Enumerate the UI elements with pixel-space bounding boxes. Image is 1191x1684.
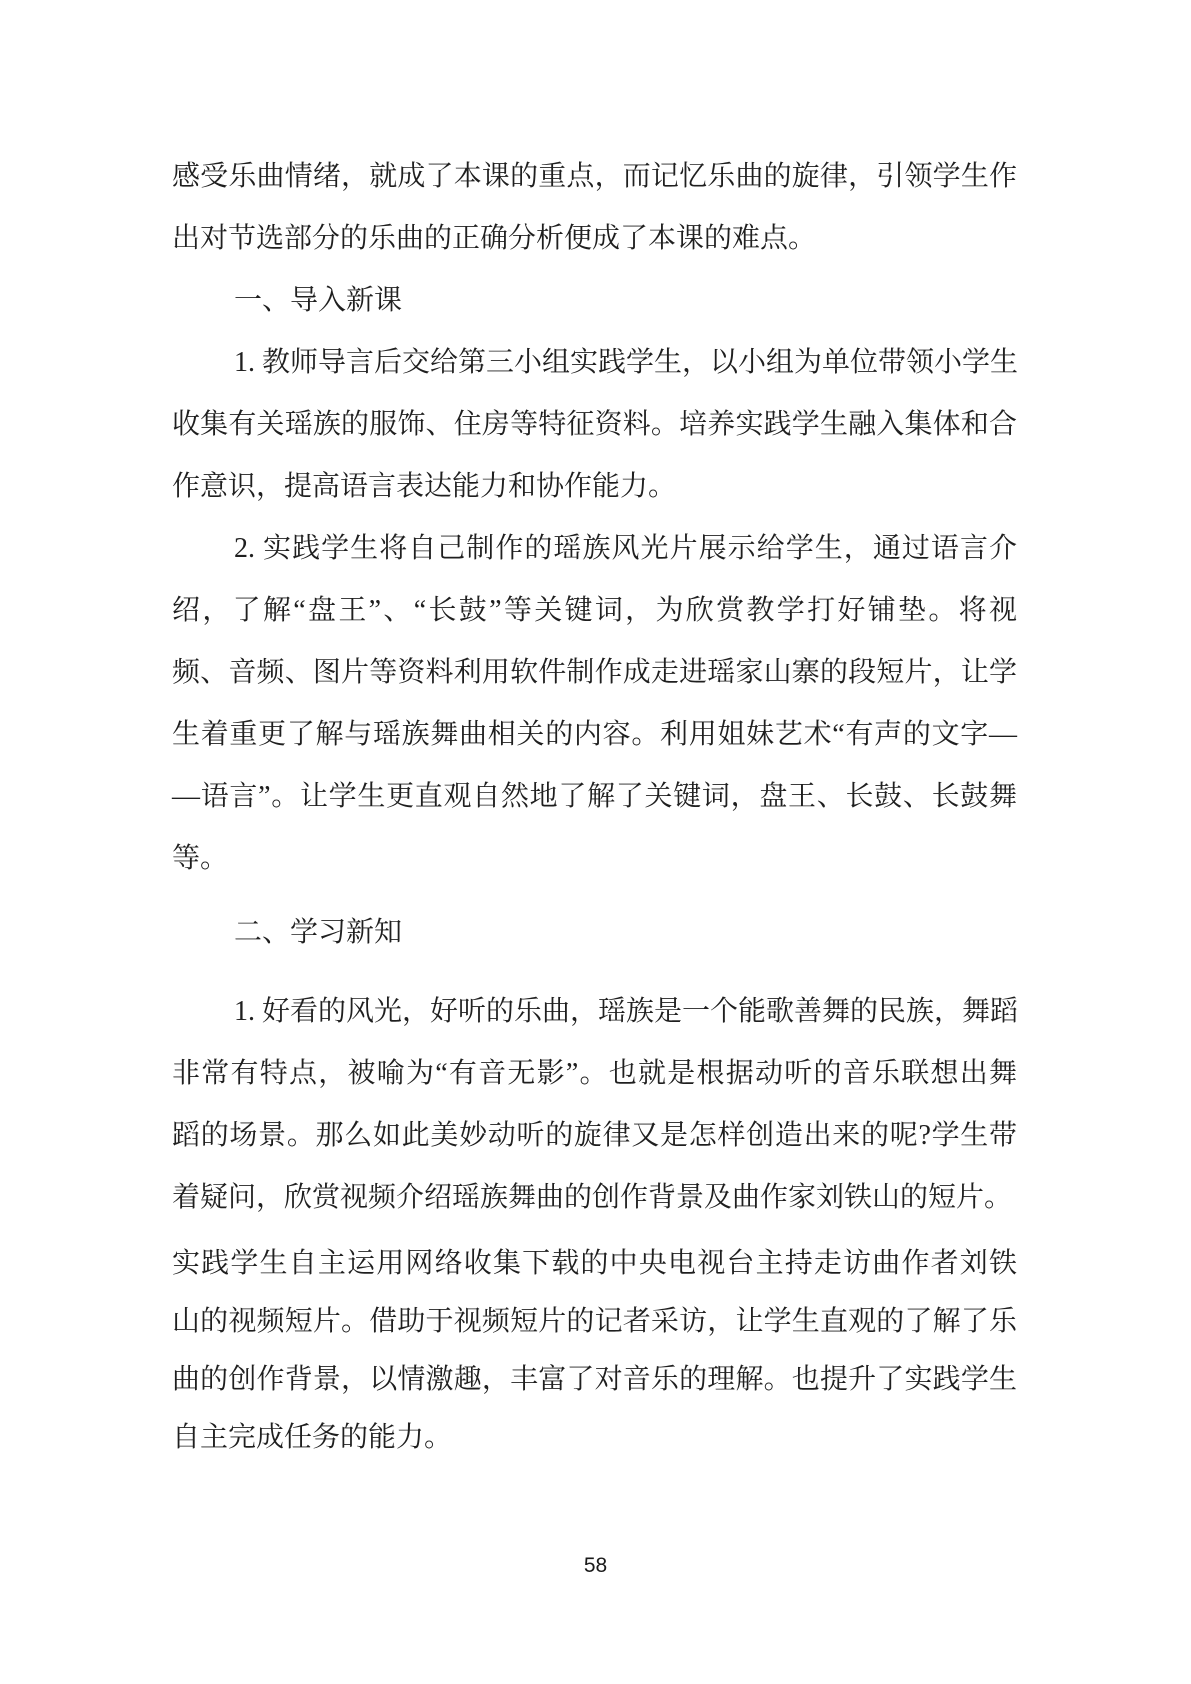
text-line: 频、音频、图片等资料利用软件制作成走进瑶家山寨的段短片，让学 [172,642,1017,704]
text-line: 2. 实践学生将自己制作的瑶族风光片展示给学生，通过语言介 [172,518,1017,580]
text-line: 收集有关瑶族的服饰、住房等特征资料。培养实践学生融入集体和合 [172,394,1017,456]
text-line: 1. 教师导言后交给第三小组实践学生，以小组为单位带领小学生 [172,332,1017,394]
text-line: 曲的创作背景，以情激趣，丰富了对音乐的理解。也提升了实践学生 [172,1351,1017,1409]
text-line: 出对节选部分的乐曲的正确分析便成了本课的难点。 [172,208,1017,270]
text-line: 生着重更了解与瑶族舞曲相关的内容。利用姐妹艺术“有声的文字— [172,704,1017,766]
text-line: 山的视频短片。借助于视频短片的记者采访，让学生直观的了解了乐 [172,1293,1017,1351]
section-heading: 一、导入新课 [172,270,1017,332]
document-page: 感受乐曲情绪，就成了本课的重点，而记忆乐曲的旋律，引领学生作出对节选部分的乐曲的… [0,0,1191,1684]
paragraph: 感受乐曲情绪，就成了本课的重点，而记忆乐曲的旋律，引领学生作出对节选部分的乐曲的… [172,146,1017,270]
text-line: 自主完成任务的能力。 [172,1409,1017,1467]
section-heading: 二、学习新知 [172,902,1017,964]
text-line: —语言”。让学生更直观自然地了解了关键词，盘王、长鼓、长鼓舞 [172,766,1017,828]
paragraph: 1. 好看的风光，好听的乐曲，瑶族是一个能歌善舞的民族，舞蹈非常有特点，被喻为“… [172,981,1017,1229]
text-line: 非常有特点，被喻为“有音无影”。也就是根据动听的音乐联想出舞 [172,1043,1017,1105]
text-line: 等。 [172,828,1017,890]
document-body: 感受乐曲情绪，就成了本课的重点，而记忆乐曲的旋律，引领学生作出对节选部分的乐曲的… [172,146,1017,1467]
text-line: 一、导入新课 [172,270,1017,332]
text-line: 感受乐曲情绪，就成了本课的重点，而记忆乐曲的旋律，引领学生作 [172,146,1017,208]
page-number: 58 [584,1554,607,1577]
text-line: 1. 好看的风光，好听的乐曲，瑶族是一个能歌善舞的民族，舞蹈 [172,981,1017,1043]
page-footer: 58 [0,1552,1191,1580]
text-line: 实践学生自主运用网络收集下载的中央电视台主持走访曲作者刘铁 [172,1235,1017,1293]
paragraph: 2. 实践学生将自己制作的瑶族风光片展示给学生，通过语言介绍，了解“盘王”、“长… [172,518,1017,890]
text-line: 绍，了解“盘王”、“长鼓”等关键词，为欣赏教学打好铺垫。将视 [172,580,1017,642]
text-line: 着疑问，欣赏视频介绍瑶族舞曲的创作背景及曲作家刘铁山的短片。 [172,1167,1017,1229]
text-line: 作意识，提高语言表达能力和协作能力。 [172,456,1017,518]
text-line: 蹈的场景。那么如此美妙动听的旋律又是怎样创造出来的呢?学生带 [172,1105,1017,1167]
paragraph: 1. 教师导言后交给第三小组实践学生，以小组为单位带领小学生收集有关瑶族的服饰、… [172,332,1017,518]
text-line: 二、学习新知 [172,902,1017,964]
paragraph: 实践学生自主运用网络收集下载的中央电视台主持走访曲作者刘铁山的视频短片。借助于视… [172,1235,1017,1467]
